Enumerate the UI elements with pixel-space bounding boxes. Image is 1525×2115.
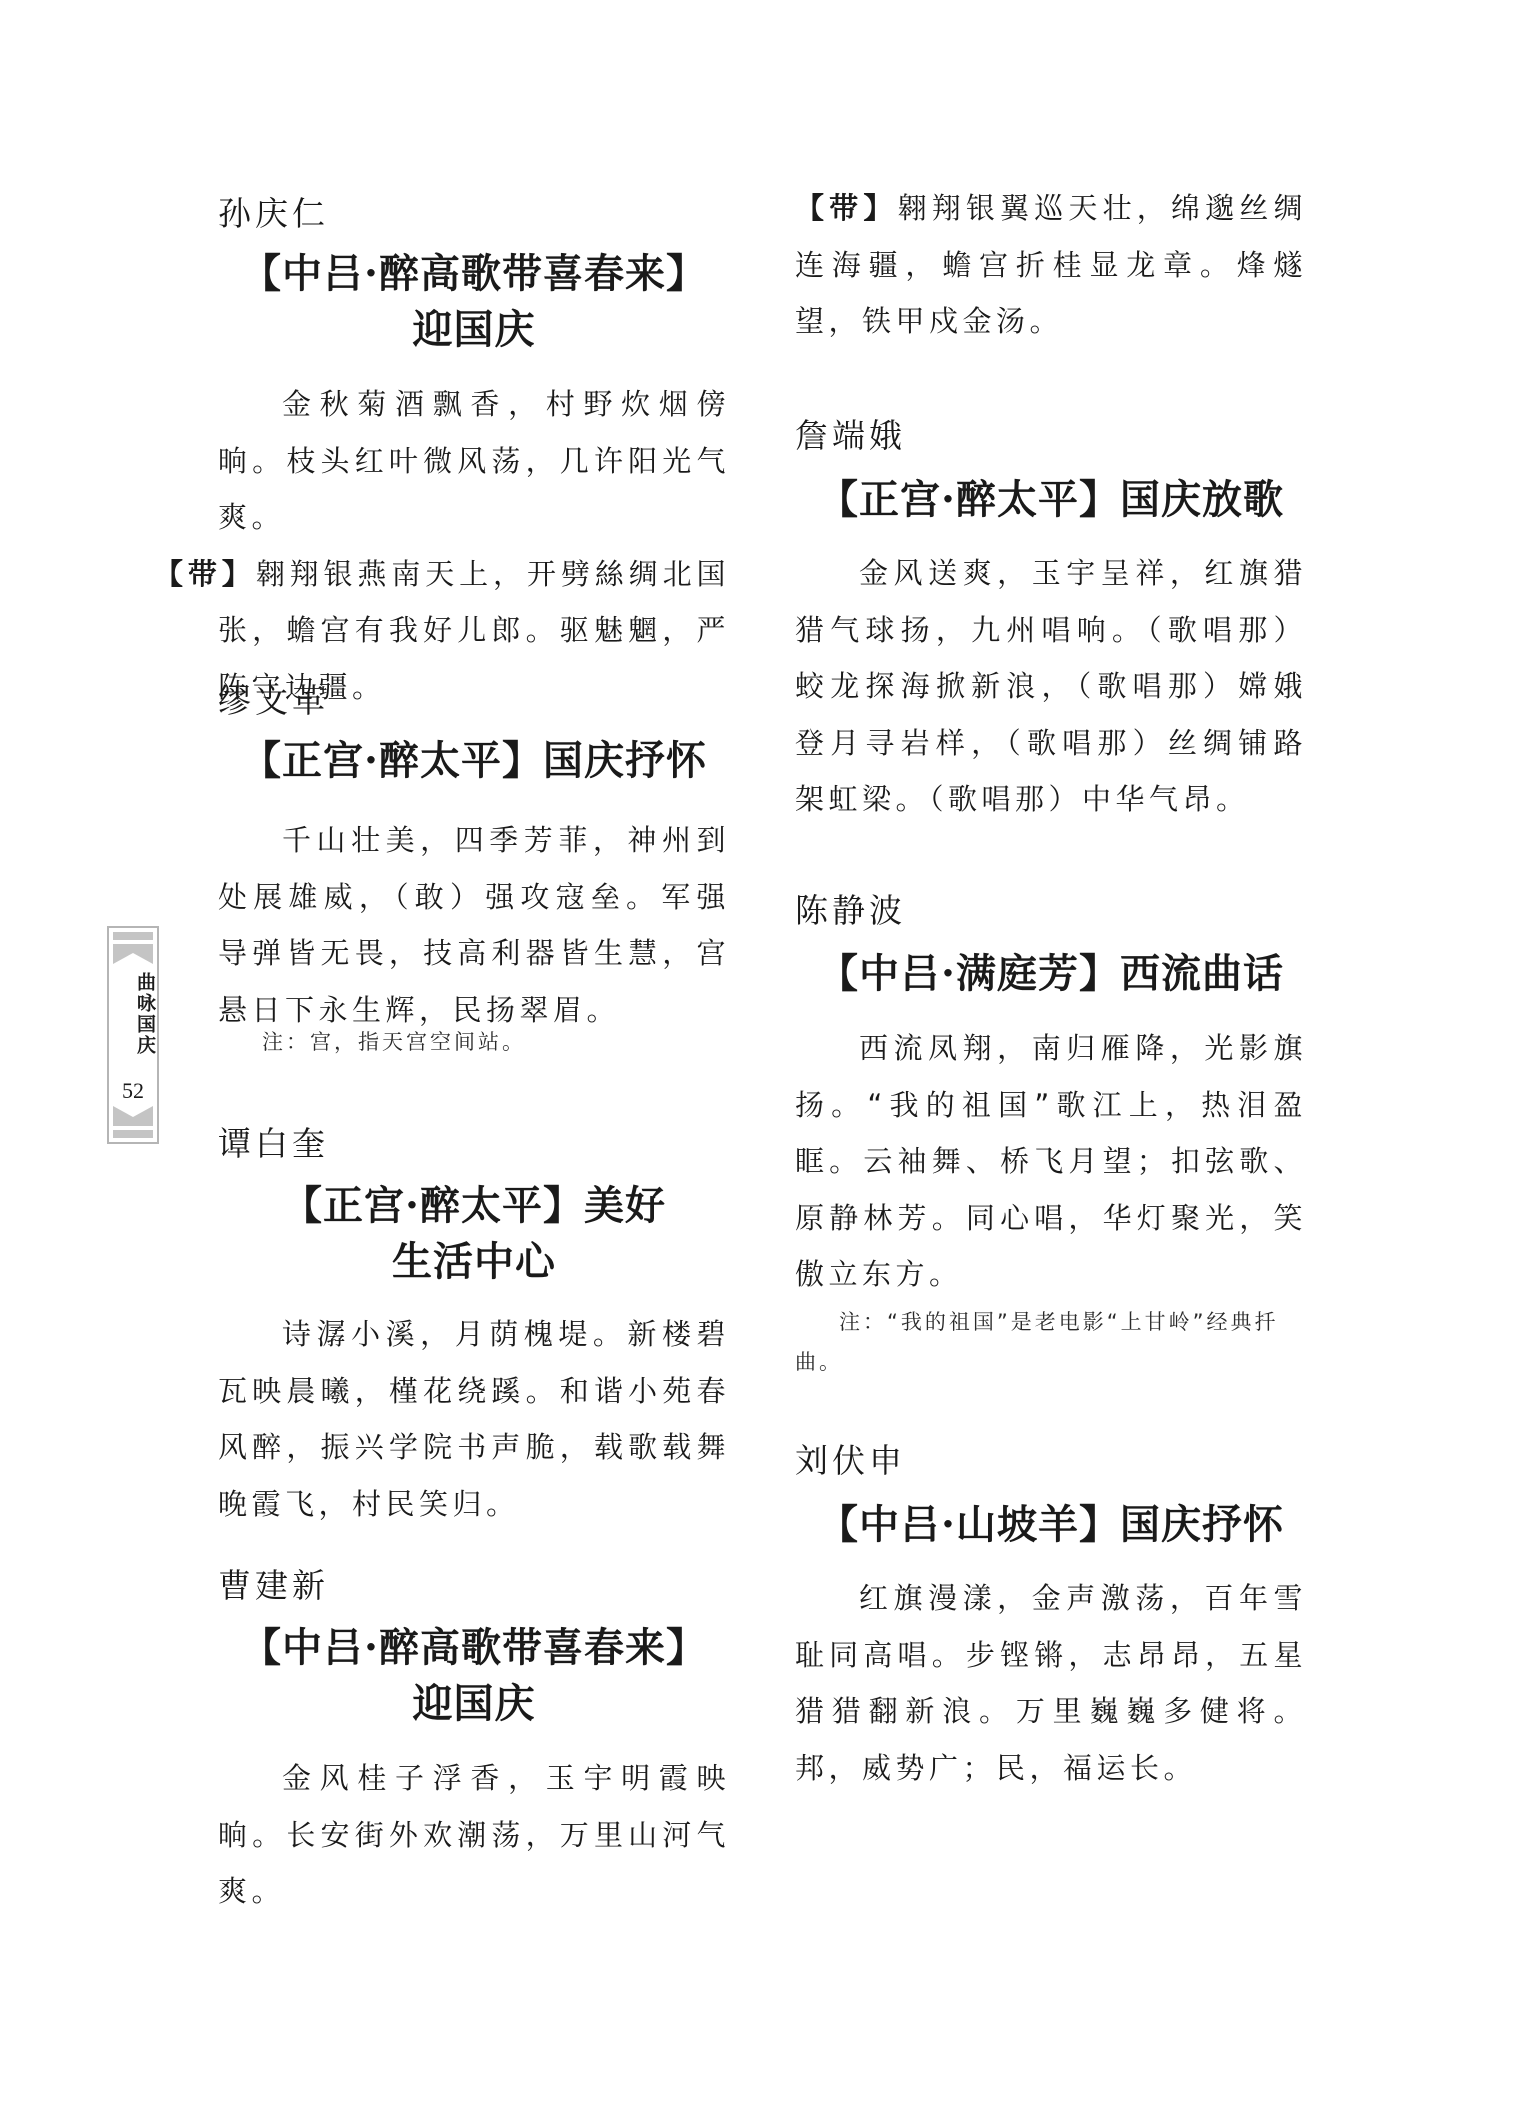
- poem-note: 注：“我的祖国”是老电影“上甘岭”经典扦曲。: [795, 1302, 1307, 1382]
- tab-chevron-top: [113, 944, 153, 964]
- poem-author: 詹端娥: [795, 410, 906, 457]
- poem-continuation: 【带】翱翔银翼巡天壮，绵邈丝绸连海疆，蟾宫折桂显龙章。烽燧望，铁甲戍金汤。: [795, 180, 1307, 350]
- page-number: 52: [109, 1078, 157, 1104]
- poem-title: 【正宫·醉太平】国庆放歌: [785, 472, 1317, 528]
- tab-bar-bottom: [113, 1130, 153, 1138]
- poem-body: 金风送爽，玉宇呈祥，红旗猎猎气球扬，九州唱响。（歌唱那）蛟龙探海掀新浪，（歌唱那…: [795, 545, 1307, 828]
- poem-author: 曹建新: [218, 1560, 329, 1607]
- poem-body: 金秋菊酒飘香，村野炊烟傍晌。枝头红叶微风荡，几许阳光气爽。【带】翱翔银燕南天上，…: [218, 376, 730, 715]
- poem-body: 金风桂子浮香，玉宇明霞映晌。长安街外欢潮荡，万里山河气爽。: [218, 1750, 730, 1920]
- poem-title: 【中吕·醉高歌带喜春来】 迎国庆: [208, 1620, 740, 1732]
- poem-body: 西流凤翔，南归雁降，光影旗扬。“我的祖国”歌江上，热泪盈眶。云袖舞、桥飞月望；扣…: [795, 1020, 1307, 1303]
- poem-author: 缪文革: [218, 675, 329, 722]
- poem-author: 刘伏申: [795, 1435, 906, 1482]
- tab-chevron-bottom: [113, 1106, 153, 1126]
- poem-author: 谭白奎: [218, 1118, 329, 1165]
- poem-title: 【正宫·醉太平】美好 生活中心: [208, 1178, 740, 1290]
- poem-author: 陈静波: [795, 885, 906, 932]
- poem-body: 诗潺小溪，月荫槐堤。新楼碧瓦映晨曦，槿花绕蹊。和谐小苑春风醉，振兴学院书声脆，载…: [218, 1306, 730, 1532]
- poem-title: 【中吕·山坡羊】国庆抒怀: [785, 1497, 1317, 1553]
- tab-bar-top: [113, 932, 153, 940]
- poem-title: 【中吕·满庭芳】西流曲话: [785, 946, 1317, 1002]
- section-label: 曲咏国庆: [109, 972, 157, 1056]
- poem-body: 千山壮美，四季芳菲，神州到处展雄威，（敢）强攻寇垒。军强导弹皆无畏，技高利器皆生…: [218, 812, 730, 1038]
- poem-body: 红旗漫漾，金声激荡，百年雪耻同高唱。步铿锵，志昂昂，五星猎猎翻新浪。万里巍巍多健…: [795, 1570, 1307, 1796]
- side-tab: 曲咏国庆 52: [107, 926, 159, 1144]
- poem-note: 注：宫，指天宫空间站。: [218, 1022, 730, 1062]
- poem-title: 【中吕·醉高歌带喜春来】 迎国庆: [208, 246, 740, 358]
- poem-title: 【正宫·醉太平】国庆抒怀: [208, 733, 740, 789]
- poem-author: 孙庆仁: [218, 188, 329, 235]
